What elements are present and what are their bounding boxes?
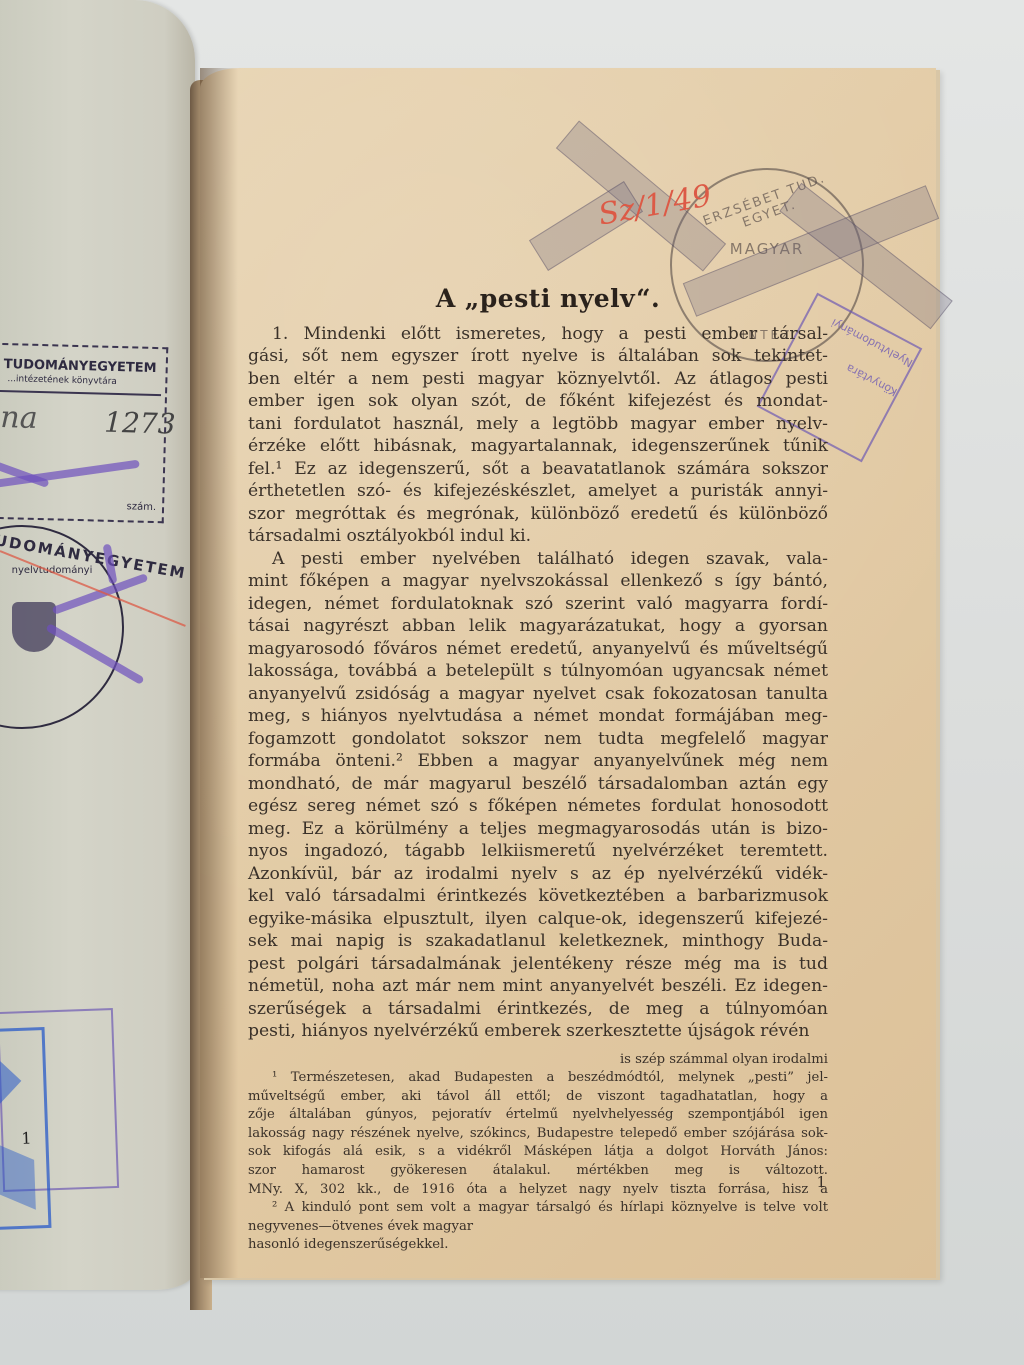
text-line: Azonkívül, bár az irodalmi nyelv s az ép… (248, 863, 828, 886)
stamp-line-1: TUDOMÁNYEGYETEM (4, 357, 166, 376)
footnote-line: ² A kinduló pont sem volt a magyar társa… (248, 1199, 828, 1218)
stamp-line-2: ...intézetének könyvtára (7, 374, 165, 388)
text-line: mint főképen a magyar nyelvszokással ell… (248, 570, 828, 593)
spine-shadow (200, 68, 238, 1278)
text-line: nyos ingadozó, tágabb lelkiismeretű nyel… (248, 840, 828, 863)
footnote-line: zője általában gúnyos, pejoratív értelmű… (248, 1106, 828, 1125)
stamp-suffix: szám. (126, 501, 156, 513)
handwritten-number: 1273 (104, 406, 176, 441)
handwritten-code: na (0, 400, 38, 436)
text-line: fogamzott gondolatot sokszor nem tudta m… (248, 728, 828, 751)
footnotes: is szép számmal olyan irodalmi¹ Természe… (248, 1051, 828, 1256)
blue-rect-stamp: 1 (0, 1027, 51, 1230)
text-line: németül, noha azt már nem mint anyanyelv… (248, 975, 828, 998)
text-line: tani fordulatot használ, mely a legtöbb … (248, 413, 828, 436)
text-line: meg. Ez a körülmény a teljes megmagyaros… (248, 818, 828, 841)
text-line: gási, sőt nem egyszer írott nyelve is ál… (248, 345, 828, 368)
text-line: szor megróttak és megrónak, különböző er… (248, 503, 828, 526)
text-line: idegen, német fordulatoknak szó szerint … (248, 593, 828, 616)
text-line: 1. Mindenki előtt ismeretes, hogy a pest… (248, 323, 828, 346)
footnote-line: lakosság nagy részének nyelve, szókincs,… (248, 1125, 828, 1144)
text-line: ben eltér a nem pesti magyar köznyelvtől… (248, 368, 828, 391)
text-line: egyike-másika elpusztult, ilyen calque-o… (248, 908, 828, 931)
text-line: magyarosodó főváros német eredetű, anyan… (248, 638, 828, 661)
footnote-line: negyvenes—ötvenes évek magyar (248, 1218, 828, 1237)
article-title: A „pesti nyelv“. (248, 288, 828, 311)
text-line: érthetetlen szó- és kifejezéskészlet, am… (248, 480, 828, 503)
right-page: ERZSÉBET TUD. EGYET. MAGYAR INTÉZ Sz/1/4… (200, 68, 936, 1278)
text-line: tásai nagyrészt abban lelik magyarázatuk… (248, 615, 828, 638)
page-number: 1 (816, 1173, 826, 1191)
text-line: kel való társadalmi érintkezés következt… (248, 885, 828, 908)
text-line: pesti, hiányos nyelvérzékű emberek szerk… (248, 1020, 828, 1043)
text-line: lakossága, továbbá a betelepült s túlnyo… (248, 660, 828, 683)
footnote-line: is szép számmal olyan irodalmi (248, 1051, 828, 1070)
article-body: A „pesti nyelv“. 1. Mindenki előtt ismer… (248, 288, 828, 1255)
text-line: formába önteni.² Ebben a magyar anyanyel… (248, 750, 828, 773)
footnote-line: szor hamarost gyökeresen átalakul. mérté… (248, 1162, 828, 1181)
text-line: egész sereg német szó s főképen németes … (248, 795, 828, 818)
text-line: sek mai napig is szakadatlanul keletkezn… (248, 930, 828, 953)
paragraphs: 1. Mindenki előtt ismeretes, hogy a pest… (248, 323, 828, 1043)
text-line: mondható, de már magyarul beszélő társad… (248, 773, 828, 796)
library-stamp-rect: TUDOMÁNYEGYETEM ...intézetének könyvtára… (0, 343, 168, 524)
blue-mark: 1 (21, 1129, 32, 1148)
left-page: TUDOMÁNYEGYETEM ...intézetének könyvtára… (0, 0, 195, 1290)
footnote-line: ¹ Természetesen, akad Budapesten a beszé… (248, 1069, 828, 1088)
text-line: érzéke előtt hibásnak, magyartalannak, i… (248, 435, 828, 458)
text-line: fel.¹ Ez az idegenszerű, sőt a beavatatl… (248, 458, 828, 481)
footnote-line: hasonló idegenszerűségekkel. (248, 1236, 828, 1255)
text-line: ember igen sok olyan szót, de főként kif… (248, 390, 828, 413)
text-line: szerűségek a társadalmi érintkezés, de m… (248, 998, 828, 1021)
footnote-line: sok kifogás alá esik, s a vidékről Máské… (248, 1143, 828, 1162)
text-line: társadalmi osztályokból indul ki. (248, 525, 828, 548)
text-line: anyanyelvű zsidóság a magyar nyelvet csa… (248, 683, 828, 706)
text-line: meg, s hiányos nyelvtudása a német monda… (248, 705, 828, 728)
text-line: A pesti ember nyelvében található idegen… (248, 548, 828, 571)
footnote-line: műveltségű ember, aki távol áll ettől; d… (248, 1088, 828, 1107)
text-line: pest polgári társadalmának jelentékeny r… (248, 953, 828, 976)
footnote-line: MNy. X, 302 kk., de 1916 óta a helyzet n… (248, 1181, 828, 1200)
